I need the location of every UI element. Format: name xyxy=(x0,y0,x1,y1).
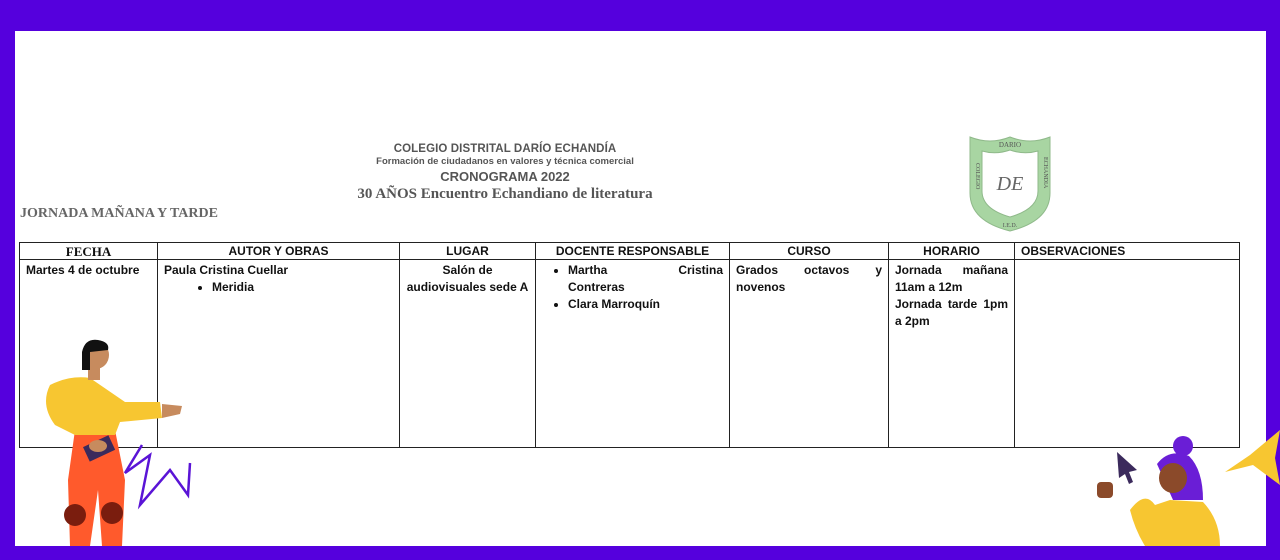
column-header-curso: CURSO xyxy=(730,243,889,260)
cell-curso: Gradosoctavosy novenos xyxy=(730,260,889,448)
svg-text:I.E.D.: I.E.D. xyxy=(1003,223,1018,229)
school-crest-logo: DARIO I.E.D. COLEGIO ECHANDIA DE xyxy=(966,133,1054,233)
column-header-lugar: LUGAR xyxy=(400,243,536,260)
column-header-autor: AUTOR Y OBRAS xyxy=(158,243,400,260)
cell-autor-obras: Paula Cristina Cuellar Meridia xyxy=(158,260,400,448)
cell-horario: Jornadamañana 11am a 12m Jornadatarde1pm… xyxy=(889,260,1015,448)
svg-text:COLEGIO: COLEGIO xyxy=(974,163,980,190)
school-motto: Formación de ciudadanos en valores y téc… xyxy=(335,156,675,168)
cell-lugar: Salón de audiovisuales sede A xyxy=(400,260,536,448)
document-title: CRONOGRAMA 2022 xyxy=(335,168,675,186)
table-row: Martes 4 de octubre Paula Cristina Cuell… xyxy=(20,260,1240,448)
svg-text:DE: DE xyxy=(996,173,1024,195)
cell-docente: MarthaCristinaContreras Clara Marroquín xyxy=(536,260,730,448)
cell-fecha: Martes 4 de octubre xyxy=(20,260,158,448)
document-page: COLEGIO DISTRITAL DARÍO ECHANDÍA Formaci… xyxy=(15,31,1266,546)
teacher-item: MarthaCristinaContreras xyxy=(568,262,723,296)
schedule-table: FECHA AUTOR Y OBRAS LUGAR DOCENTE RESPON… xyxy=(19,242,1240,448)
document-header: COLEGIO DISTRITAL DARÍO ECHANDÍA Formaci… xyxy=(335,142,675,203)
svg-text:DARIO: DARIO xyxy=(999,141,1021,149)
work-item: Meridia xyxy=(212,279,393,296)
cell-observaciones xyxy=(1015,260,1240,448)
table-header-row: FECHA AUTOR Y OBRAS LUGAR DOCENTE RESPON… xyxy=(20,243,1240,260)
column-header-horario: HORARIO xyxy=(889,243,1015,260)
author-name: Paula Cristina Cuellar xyxy=(164,262,393,279)
jornada-label: JORNADA MAÑANA Y TARDE xyxy=(20,206,218,222)
column-header-docente: DOCENTE RESPONSABLE xyxy=(536,243,730,260)
column-header-observaciones: OBSERVACIONES xyxy=(1015,243,1240,260)
document-subtitle: 30 AÑOS Encuentro Echandiano de literatu… xyxy=(335,186,675,203)
school-name: COLEGIO DISTRITAL DARÍO ECHANDÍA xyxy=(335,142,675,156)
teacher-item: Clara Marroquín xyxy=(568,296,723,313)
svg-text:ECHANDIA: ECHANDIA xyxy=(1042,157,1048,189)
column-header-fecha: FECHA xyxy=(20,243,158,260)
